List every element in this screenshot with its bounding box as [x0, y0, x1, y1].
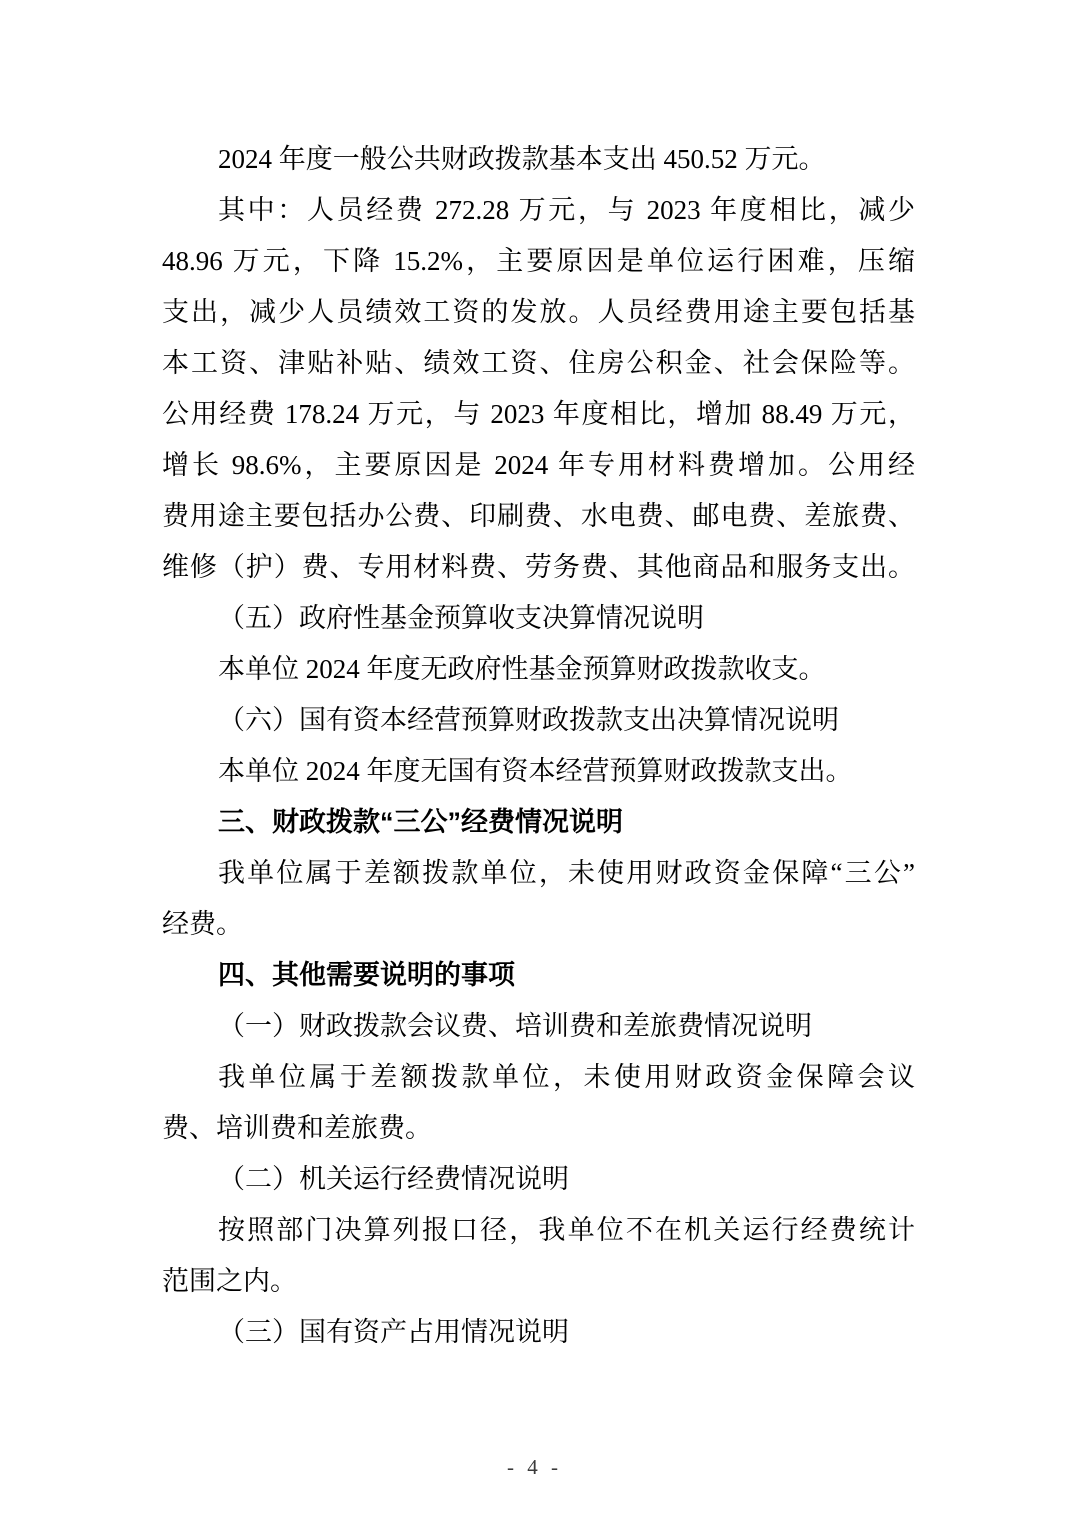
section-heading: 三、财政拨款“三公”经费情况说明: [162, 797, 915, 848]
text-line: （五）政府性基金预算收支决算情况说明: [162, 593, 915, 644]
text-line: 范围之内。: [162, 1256, 915, 1307]
text-line: 本单位 2024 年度无国有资本经营预算财政拨款支出。: [162, 746, 915, 797]
text-line: 费、培训费和差旅费。: [162, 1103, 915, 1154]
text-line: 本单位 2024 年度无政府性基金预算财政拨款收支。: [162, 644, 915, 695]
text-line: 支出，减少人员绩效工资的发放。人员经费用途主要包括基: [162, 287, 915, 338]
text-line: 经费。: [162, 899, 915, 950]
text-line: 我单位属于差额拨款单位，未使用财政资金保障会议: [162, 1052, 915, 1103]
text-line: （六）国有资本经营预算财政拨款支出决算情况说明: [162, 695, 915, 746]
text-line: 本工资、津贴补贴、绩效工资、住房公积金、社会保险等。: [162, 338, 915, 389]
text-line: 增长 98.6%，主要原因是 2024 年专用材料费增加。公用经: [162, 440, 915, 491]
text-line: 48.96 万元，下降 15.2%，主要原因是单位运行困难，压缩: [162, 236, 915, 287]
text-line: 2024 年度一般公共财政拨款基本支出 450.52 万元。: [162, 134, 915, 185]
text-line: 其中：人员经费 272.28 万元，与 2023 年度相比，减少: [162, 185, 915, 236]
text-line: 按照部门决算列报口径，我单位不在机关运行经费统计: [162, 1205, 915, 1256]
document-body: 2024 年度一般公共财政拨款基本支出 450.52 万元。其中：人员经费 27…: [162, 134, 915, 1358]
text-line: 费用途主要包括办公费、印刷费、水电费、邮电费、差旅费、: [162, 491, 915, 542]
text-line: 我单位属于差额拨款单位，未使用财政资金保障“三公”: [162, 848, 915, 899]
section-heading: 四、其他需要说明的事项: [162, 950, 915, 1001]
text-line: （二）机关运行经费情况说明: [162, 1154, 915, 1205]
text-line: 公用经费 178.24 万元，与 2023 年度相比，增加 88.49 万元，: [162, 389, 915, 440]
text-line: （三）国有资产占用情况说明: [162, 1307, 915, 1358]
text-line: （一）财政拨款会议费、培训费和差旅费情况说明: [162, 1001, 915, 1052]
page-number: - 4 -: [0, 1455, 1069, 1480]
text-line: 维修（护）费、专用材料费、劳务费、其他商品和服务支出。: [162, 542, 915, 593]
document-page: 2024 年度一般公共财政拨款基本支出 450.52 万元。其中：人员经费 27…: [0, 0, 1069, 1515]
